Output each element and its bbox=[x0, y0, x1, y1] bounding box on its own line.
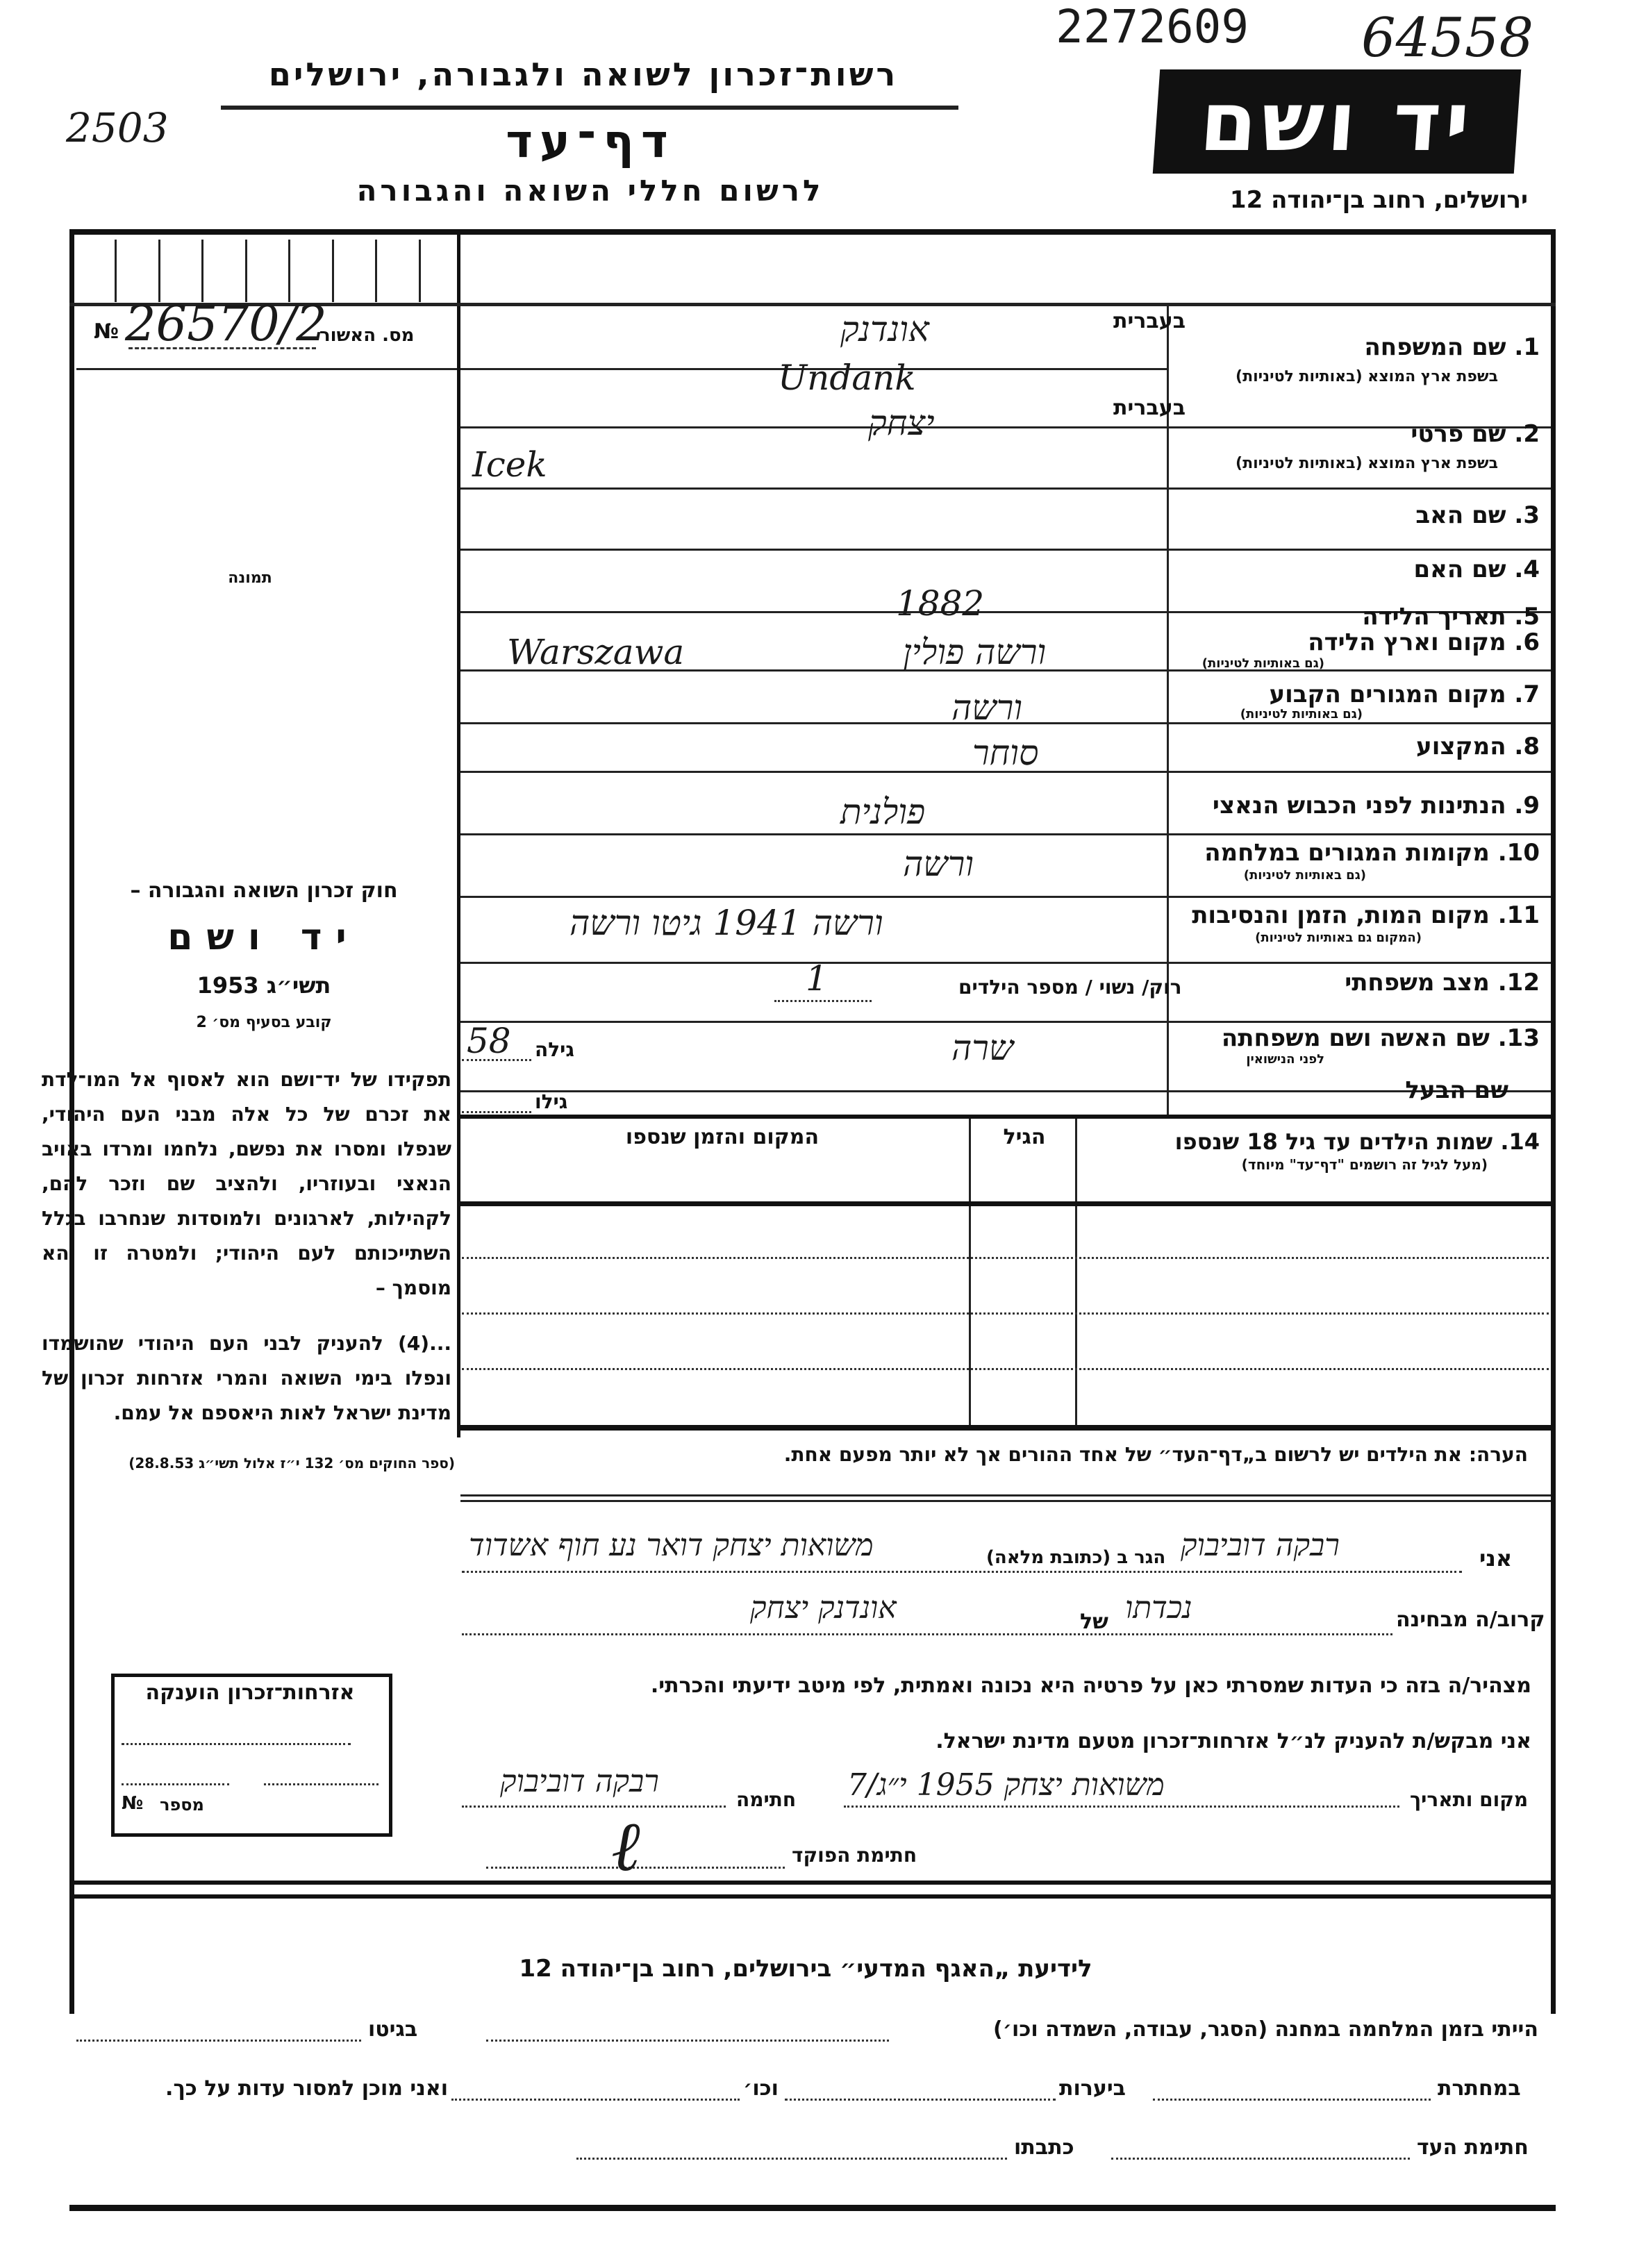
row-line bbox=[460, 1090, 1551, 1092]
bottom-line3-a: חתימת העד bbox=[1417, 2135, 1529, 2160]
decl-line-2 bbox=[462, 1633, 1392, 1635]
field-9-value[interactable]: פולנית bbox=[840, 792, 925, 832]
witness-sign-line bbox=[1111, 2158, 1410, 2160]
bottom-line1-a: הייתי בזמן המלחמה במחנה (הסגר, עבודה, הש… bbox=[892, 2017, 1538, 2042]
relation[interactable]: נכדתו bbox=[1125, 1590, 1192, 1626]
place-date-label: מקום ותאריך bbox=[1410, 1788, 1528, 1811]
field-10-label: 10. מקומות המגורים במלחמה bbox=[1204, 839, 1540, 867]
corner-mark: 2503 bbox=[66, 104, 169, 151]
relative-of[interactable]: אונדנק יצחק bbox=[750, 1590, 897, 1626]
field-7-label: 7. מקום המגורים הקבוע bbox=[1269, 681, 1540, 708]
field-6-value-he[interactable]: ורשה פולין bbox=[903, 632, 1046, 672]
archive-number: 2272609 bbox=[1056, 0, 1249, 53]
tick bbox=[375, 240, 377, 302]
row-line bbox=[460, 833, 1551, 835]
law-source: (ספר החוקים מס׳ 132 י״ז אלול תשי״ג 28.8.… bbox=[73, 1455, 455, 1471]
relation-mid: של bbox=[1080, 1610, 1108, 1634]
law-text-2: ...(4) להעניק לבני העם היהודי שהושמדו ונ… bbox=[42, 1326, 451, 1431]
field-8-value[interactable]: סוחר bbox=[972, 733, 1038, 773]
signature-line bbox=[462, 1806, 726, 1808]
bottom-title: לידיעת „האגף המדעי״ בירושלים, רחוב בן־יה… bbox=[458, 1955, 1153, 1983]
field-8-label: 8. המקצוע bbox=[1416, 733, 1540, 760]
field-11-value[interactable]: ורשה 1941 גיטו ורשה bbox=[569, 903, 883, 943]
children-bottom-line bbox=[460, 1425, 1551, 1431]
decl-mid: הגר ב (כתובת מלאה) bbox=[986, 1547, 1165, 1568]
camp-line bbox=[486, 2040, 889, 2042]
handwritten-ref: 64558 bbox=[1361, 7, 1533, 69]
row-line bbox=[460, 426, 1551, 428]
field-2-label: 2. שם פרטי bbox=[1411, 420, 1540, 448]
law-clause: קובע בסעיף מס׳ 2 bbox=[83, 1014, 444, 1031]
approval-number[interactable]: 26570/2 bbox=[125, 295, 327, 352]
field-6-value-latin[interactable]: Warszawa bbox=[507, 632, 684, 672]
field-5-value[interactable]: 1882 bbox=[896, 583, 984, 624]
approval-label: מס. האשור bbox=[319, 325, 415, 346]
signature[interactable]: רבקה דוביבוק bbox=[500, 1764, 659, 1799]
approval-no-sign: № bbox=[94, 319, 119, 344]
field-2-sub: בשפת ארץ המוצא (באותיות לטיניות) bbox=[1236, 455, 1498, 472]
note: הערה: את הילדים יש לרשום ב„דף־העד״ של אח… bbox=[486, 1443, 1528, 1466]
field-1-sub: בשפת ארץ המוצא (באותיות לטיניות) bbox=[1236, 368, 1498, 385]
frame-top bbox=[69, 229, 1556, 235]
field-2-hebrew-tag: בעברית bbox=[1113, 396, 1186, 420]
bottom-line3-b: כתבתו bbox=[1014, 2135, 1074, 2160]
place-date-line bbox=[844, 1806, 1399, 1808]
bottom-line2-b: ביערות bbox=[1059, 2076, 1126, 2101]
row-line bbox=[460, 549, 1551, 551]
law-title: חוק זכרון השואה והגבורה – bbox=[83, 878, 444, 903]
field-10-sub: (גם באותיות לטיניות) bbox=[1244, 868, 1366, 883]
form-title: דף־עד bbox=[417, 115, 764, 168]
tick bbox=[288, 240, 290, 302]
row-line bbox=[460, 962, 1551, 964]
field-13-age-label: גילה bbox=[535, 1038, 574, 1061]
children-col-divider bbox=[1075, 1119, 1077, 1428]
children-row[interactable] bbox=[462, 1368, 1549, 1370]
field-13-sub: לפני הנישואין bbox=[1246, 1052, 1324, 1067]
citizenship-number-label: מספר bbox=[160, 1795, 204, 1815]
husband-label: שם הבעל bbox=[1405, 1076, 1508, 1104]
decl-line-1 bbox=[462, 1571, 1462, 1573]
officer-label: חתימת הפוקד bbox=[792, 1844, 917, 1867]
husband-age-line bbox=[462, 1111, 531, 1113]
children-header-name: 14. שמות הילדים עד גיל 18 שנספו bbox=[1175, 1128, 1540, 1155]
field-7-value[interactable]: ורשה bbox=[951, 687, 1022, 728]
children-count-line bbox=[774, 1000, 872, 1002]
frame-right bbox=[1551, 229, 1556, 2014]
bottom-sep-1 bbox=[73, 1881, 1551, 1885]
tick bbox=[201, 240, 203, 302]
note-line bbox=[460, 1494, 1551, 1496]
citizenship-line bbox=[122, 1743, 351, 1745]
field-3-label: 3. שם האב bbox=[1415, 501, 1540, 529]
tick bbox=[419, 240, 421, 302]
tick bbox=[158, 240, 160, 302]
signature-label: חתימה bbox=[736, 1788, 796, 1811]
field-13-label: 13. שם האשה ושם משפחתה bbox=[1222, 1024, 1540, 1052]
note-line-2 bbox=[460, 1500, 1551, 1502]
etc-line bbox=[451, 2099, 740, 2101]
field-11-label: 11. מקום המות, הזמן והנסיבות bbox=[1192, 901, 1540, 929]
tick bbox=[115, 240, 117, 302]
field-12-children-count[interactable]: 1 bbox=[806, 958, 828, 999]
bottom-line2-c: וכו׳ bbox=[743, 2076, 779, 2101]
field-2-value-he[interactable]: יצחק bbox=[868, 403, 935, 443]
row-line bbox=[460, 896, 1551, 898]
field-1-value-he[interactable]: אונדנק bbox=[840, 309, 929, 349]
yad-vashem-logo: יד ושם bbox=[1153, 69, 1521, 174]
declarant-address[interactable]: משואות יצחק דואר נע חוף אשדוד bbox=[469, 1528, 874, 1563]
children-header-line bbox=[460, 1201, 1551, 1206]
row-line bbox=[460, 1115, 1551, 1119]
ghetto-line bbox=[76, 2040, 361, 2042]
husband-age-label: גילו bbox=[535, 1090, 567, 1113]
citizenship-title: אזרחות־זכרון הוענקה bbox=[118, 1681, 382, 1705]
org-underline bbox=[221, 106, 958, 110]
photo-label: תמונה bbox=[208, 569, 292, 587]
decl-prefix: אני bbox=[1479, 1545, 1512, 1571]
approval-underline bbox=[76, 368, 457, 370]
field-2-value-latin[interactable]: Icek bbox=[472, 444, 547, 485]
law-year: תשי״ג 1953 bbox=[83, 972, 444, 999]
field-7-sub: (גם באותיות לטיניות) bbox=[1240, 707, 1363, 722]
field-1-label: 1. שם המשפחה bbox=[1364, 333, 1540, 361]
field-6-sub: (גם באותיות לטיניות) bbox=[1202, 656, 1324, 671]
row-line bbox=[460, 1021, 1551, 1023]
citizenship-no-sign: № bbox=[122, 1793, 143, 1814]
tick bbox=[245, 240, 247, 302]
bottom-line2-d: ואני מוכן למסור עדות על כך. bbox=[73, 2076, 448, 2101]
underground-line bbox=[1153, 2099, 1431, 2101]
bottom-line2-a: במחתרת bbox=[1438, 2076, 1521, 2101]
field-10-value[interactable]: ורשה bbox=[903, 844, 974, 884]
field-12-label: 12. מצב משפחתי bbox=[1345, 969, 1540, 997]
children-header-place: המקום והזמן שנספו bbox=[486, 1125, 958, 1149]
bottom-sep-2 bbox=[73, 1894, 1551, 1899]
relation-prefix: קרוב/ה מבחינה bbox=[1396, 1608, 1545, 1632]
law-name: יד ושם bbox=[83, 917, 444, 958]
frame-bottom bbox=[69, 2205, 1556, 2211]
sub-line bbox=[460, 487, 1167, 490]
decl-line-4: אני מבקש/ת להעניק לנ״ל אזרחות־זכרון מטעם… bbox=[462, 1729, 1531, 1753]
children-col-divider bbox=[969, 1119, 971, 1428]
children-header-sub: (מעל לגיל זה רושמים "דף־עד" מיוחד) bbox=[1242, 1156, 1488, 1173]
declarant-name[interactable]: רבקה דוביבוק bbox=[1181, 1528, 1340, 1563]
law-text: תפקידו של יד־ושם הוא לאסוף אל המו־לדת את… bbox=[42, 1062, 451, 1306]
field-4-label: 4. שם האם bbox=[1413, 556, 1540, 583]
citizenship-line-2 bbox=[122, 1783, 229, 1785]
field-1-hebrew-tag: בעברית bbox=[1113, 309, 1186, 333]
field-12-status-options: רוק/ נשוי / מספר הילדים bbox=[958, 976, 1182, 999]
org-name: רשות־זכרון לשואה ולגבורה, ירושלים bbox=[208, 56, 958, 93]
children-row[interactable] bbox=[462, 1312, 1549, 1315]
field-6-label: 6. מקום וארץ הלידה bbox=[1308, 628, 1540, 656]
field-5-label: 5. תאריך הלידה bbox=[1362, 603, 1540, 631]
place-date[interactable]: משואות יצחק 1955 י״ג/7 bbox=[847, 1767, 1165, 1803]
bottom-line1-b: בגיטו bbox=[368, 2017, 417, 2042]
children-header-age: הגיל bbox=[986, 1125, 1063, 1149]
decl-line-3: מצהיר/ה בזה כי העדות שמסרתי כאן על פרטיה… bbox=[462, 1674, 1531, 1698]
witness-address-line bbox=[576, 2158, 1007, 2160]
officer-signature[interactable]: ℓ bbox=[611, 1806, 640, 1887]
tick bbox=[332, 240, 334, 302]
forests-line bbox=[785, 2099, 1056, 2101]
field-9-label: 9. הנתינות לפני הכבוש הנאצי bbox=[1213, 792, 1540, 819]
form-subtitle: לרשום חללי השואה והגבורה bbox=[278, 174, 903, 208]
field-13-age-value[interactable]: 58 bbox=[467, 1021, 511, 1061]
field-13-value[interactable]: שרה bbox=[951, 1028, 1013, 1068]
citizenship-line-3 bbox=[264, 1783, 379, 1785]
address: ירושלים, רחוב בן־יהודה 12 bbox=[1153, 186, 1528, 214]
field-11-sub: (המקום גם באותיות לטיניות) bbox=[1255, 931, 1422, 945]
field-1-value-latin[interactable]: Undank bbox=[778, 358, 916, 398]
children-row[interactable] bbox=[462, 1257, 1549, 1259]
